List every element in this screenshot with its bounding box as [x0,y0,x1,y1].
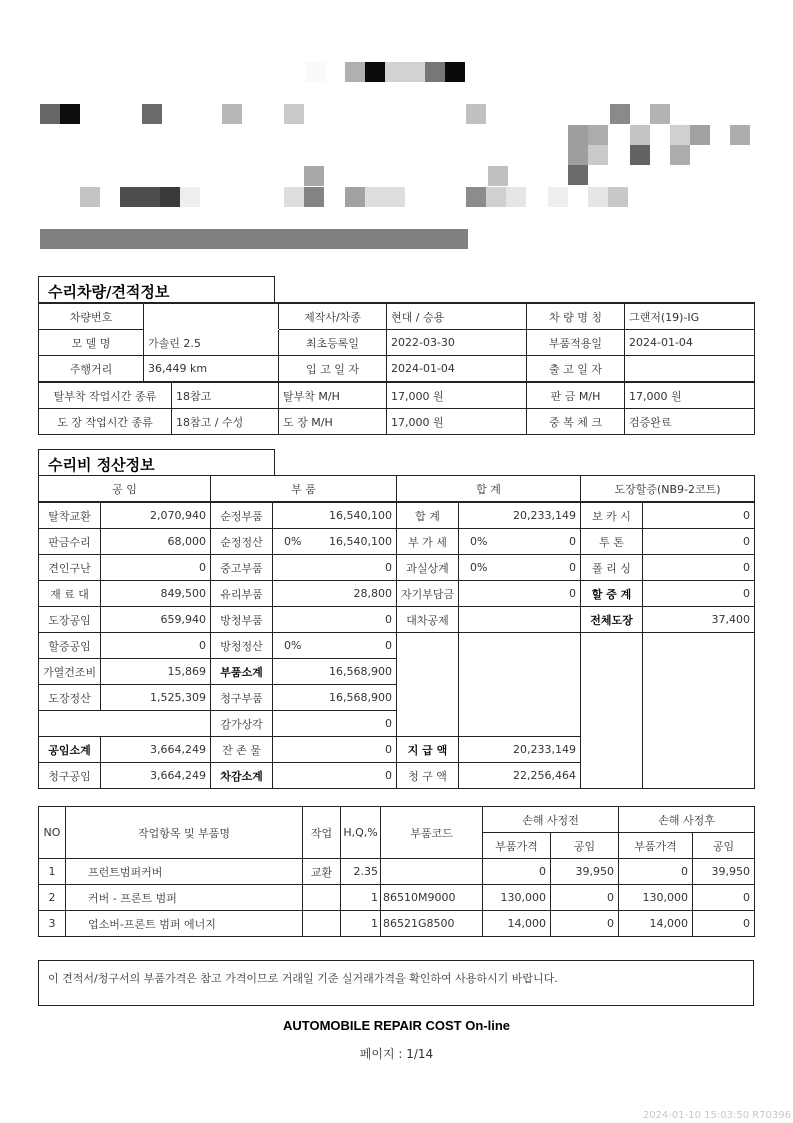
detach-time-type-value: 18참고 [172,382,279,409]
row-after-labor: 39,950 [693,859,755,885]
mileage-value: 36,449 km [144,356,279,383]
paint-label: 할 증 계 [581,581,643,607]
total-label: 대차공제 [397,607,459,633]
labor-value: 0 [101,633,211,659]
header-part-code: 부품코드 [381,807,483,859]
pay-amount-label: 지 급 액 [397,737,459,763]
parts-label: 잔 존 물 [211,737,273,763]
car-number-value [144,303,279,330]
total-value: 20,233,149 [459,502,581,529]
paint-label: 폴 리 싱 [581,555,643,581]
labor-label: 도장공임 [39,607,101,633]
paint-label: 전체도장 [581,607,643,633]
paint-value: 37,400 [643,607,755,633]
labor-empty [39,711,211,737]
row-after-part: 130,000 [619,885,693,911]
parts-label: 중고부품 [211,555,273,581]
paint-value: 0 [643,529,755,555]
row-work [303,885,341,911]
labor-label: 탈착교환 [39,502,101,529]
cost-section-title: 수리비 정산정보 [38,449,275,475]
row-hq: 2.35 [341,859,381,885]
print-timestamp: 2024-01-10 15:03:50 R70396 [643,1110,791,1121]
parts-label: 순정정산 [211,529,273,555]
label-paint-mh: 도 장 M/H [279,409,387,435]
paint-value: 0 [643,581,755,607]
claim-amount-label: 청 구 액 [397,763,459,789]
vehicle-info-table: 차량번호 제작사/차종 현대 / 승용 차 량 명 칭 그랜저(19)-IG 모… [38,302,755,435]
header-total: 합 계 [397,476,581,503]
deduction-subtotal-label: 차감소계 [211,763,273,789]
parts-label: 방청정산 [211,633,273,659]
label-maker: 제작사/차종 [279,303,387,330]
header-work: 작업 [303,807,341,859]
row-before-labor: 39,950 [551,859,619,885]
row-no: 1 [39,859,66,885]
row-before-part: 14,000 [483,911,551,937]
header-after-adjust: 손해 사정후 [619,807,755,833]
row-after-part: 14,000 [619,911,693,937]
parts-label: 감가상각 [211,711,273,737]
label-out-date: 출 고 일 자 [527,356,625,383]
parts-label: 방청부품 [211,607,273,633]
parts-value: 16,568,900 [273,685,397,711]
labor-label: 청구공임 [39,763,101,789]
labor-label: 재 료 대 [39,581,101,607]
label-car-number: 차량번호 [39,303,144,330]
row-before-labor: 0 [551,885,619,911]
label-detach-time-type: 탈부착 작업시간 종류 [39,382,172,409]
row-work: 교환 [303,859,341,885]
price-notice: 이 견적서/청구서의 부품가격은 참고 가격이므로 거래일 기준 실거래가격을 … [38,960,754,1006]
label-detach-mh: 탈부착 M/H [279,382,387,409]
header-after-part-price: 부품가격 [619,833,693,859]
row-name: 프런트범퍼커버 [66,859,303,885]
maker-value: 현대 / 승용 [387,303,527,330]
header-item-name: 작업항목 및 부품명 [66,807,303,859]
labor-value: 68,000 [101,529,211,555]
parts-subtotal-value: 16,568,900 [273,659,397,685]
row-code [381,859,483,885]
row-after-labor: 0 [693,911,755,937]
table-row: 1 프런트범퍼커버 교환 2.35 0 39,950 0 39,950 [39,859,755,885]
header-before-labor: 공임 [551,833,619,859]
in-date-value: 2024-01-04 [387,356,527,383]
row-hq: 1 [341,885,381,911]
header-before-part-price: 부품가격 [483,833,551,859]
parts-pct: 0% [273,529,313,555]
parts-value: 0 [313,633,397,659]
row-before-labor: 0 [551,911,619,937]
car-name-value: 그랜저(19)-IG [625,303,755,330]
row-code: 86521G8500 [381,911,483,937]
row-after-labor: 0 [693,885,755,911]
labor-value: 1,525,309 [101,685,211,711]
labor-value: 2,070,940 [101,502,211,529]
total-label: 합 계 [397,502,459,529]
paint-label: 투 톤 [581,529,643,555]
row-name: 업소버-프론트 범퍼 에너지 [66,911,303,937]
labor-value: 3,664,249 [101,763,211,789]
footer-title: AUTOMOBILE REPAIR COST On-line [0,1018,793,1033]
parts-value: 0 [273,737,397,763]
row-no: 2 [39,885,66,911]
total-empty-label [397,633,459,737]
labor-label: 판금수리 [39,529,101,555]
labor-value: 0 [101,555,211,581]
label-sheet-metal-mh: 판 금 M/H [527,382,625,409]
items-table: NO 작업항목 및 부품명 작업 H,Q,% 부품코드 손해 사정전 손해 사정… [38,806,755,937]
sheet-metal-mh-value: 17,000 원 [625,382,755,409]
total-label: 자기부담금 [397,581,459,607]
total-pct: 0% [459,529,499,555]
parts-value: 16,540,100 [273,502,397,529]
total-value: 0 [499,529,581,555]
header-parts: 부 품 [211,476,397,503]
pay-amount-value: 20,233,149 [459,737,581,763]
labor-label: 견인구난 [39,555,101,581]
label-paint-time-type: 도 장 작업시간 종류 [39,409,172,435]
header-paint-surcharge: 도장할증(NB9-2코트) [581,476,755,503]
out-date-value [625,356,755,383]
total-value: 0 [459,581,581,607]
paint-empty-label [581,633,643,789]
labor-subtotal-label: 공임소계 [39,737,101,763]
paint-label: 보 카 시 [581,502,643,529]
parts-value: 28,800 [273,581,397,607]
paint-time-type-value: 18참고 / 수성 [172,409,279,435]
header-after-labor: 공임 [693,833,755,859]
label-parts-date: 부품적용일 [527,330,625,356]
paint-mh-value: 17,000 원 [387,409,527,435]
labor-value: 15,869 [101,659,211,685]
parts-label: 순정부품 [211,502,273,529]
parts-label: 유리부품 [211,581,273,607]
row-no: 3 [39,911,66,937]
page-indicator: 페이지 : 1/14 [0,1045,793,1062]
label-car-name: 차 량 명 칭 [527,303,625,330]
label-duplicate-check: 중 복 체 크 [527,409,625,435]
labor-label: 도장정산 [39,685,101,711]
row-before-part: 0 [483,859,551,885]
parts-value: 16,540,100 [313,529,397,555]
parts-subtotal-label: 부품소계 [211,659,273,685]
total-empty-value [459,633,581,737]
labor-subtotal-value: 3,664,249 [101,737,211,763]
label-first-reg: 최초등록일 [279,330,387,356]
total-value [459,607,581,633]
row-hq: 1 [341,911,381,937]
parts-value: 0 [273,607,397,633]
duplicate-check-value: 검증완료 [625,409,755,435]
labor-label: 가열건조비 [39,659,101,685]
total-pct: 0% [459,555,499,581]
total-value: 0 [499,555,581,581]
labor-value: 849,500 [101,581,211,607]
first-reg-value: 2022-03-30 [387,330,527,356]
parts-date-value: 2024-01-04 [625,330,755,356]
labor-label: 할증공임 [39,633,101,659]
label-in-date: 입 고 일 자 [279,356,387,383]
total-label: 과실상계 [397,555,459,581]
paint-value: 0 [643,555,755,581]
total-label: 부 가 세 [397,529,459,555]
labor-value: 659,940 [101,607,211,633]
parts-label: 청구부품 [211,685,273,711]
header-no: NO [39,807,66,859]
row-after-part: 0 [619,859,693,885]
parts-value: 0 [273,555,397,581]
deduction-subtotal-value: 0 [273,763,397,789]
row-code: 86510M9000 [381,885,483,911]
table-row: 2 커버 - 프론트 범퍼 1 86510M9000 130,000 0 130… [39,885,755,911]
row-before-part: 130,000 [483,885,551,911]
header-labor: 공 임 [39,476,211,503]
row-work [303,911,341,937]
parts-value: 0 [273,711,397,737]
table-row: 3 업소버-프론트 범퍼 에너지 1 86521G8500 14,000 0 1… [39,911,755,937]
row-name: 커버 - 프론트 범퍼 [66,885,303,911]
header-hq: H,Q,% [341,807,381,859]
parts-pct: 0% [273,633,313,659]
detach-mh-value: 17,000 원 [387,382,527,409]
label-model: 모 델 명 [39,330,144,356]
paint-value: 0 [643,502,755,529]
vehicle-section-title: 수리차량/견적정보 [38,276,275,302]
cost-table: 공 임 부 품 합 계 도장할증(NB9-2코트) 탈착교환 2,070,940… [38,475,755,789]
claim-amount-value: 22,256,464 [459,763,581,789]
paint-empty-value [643,633,755,789]
header-before-adjust: 손해 사정전 [483,807,619,833]
model-value: 가솔린 2.5 [144,330,279,356]
label-mileage: 주행거리 [39,356,144,383]
